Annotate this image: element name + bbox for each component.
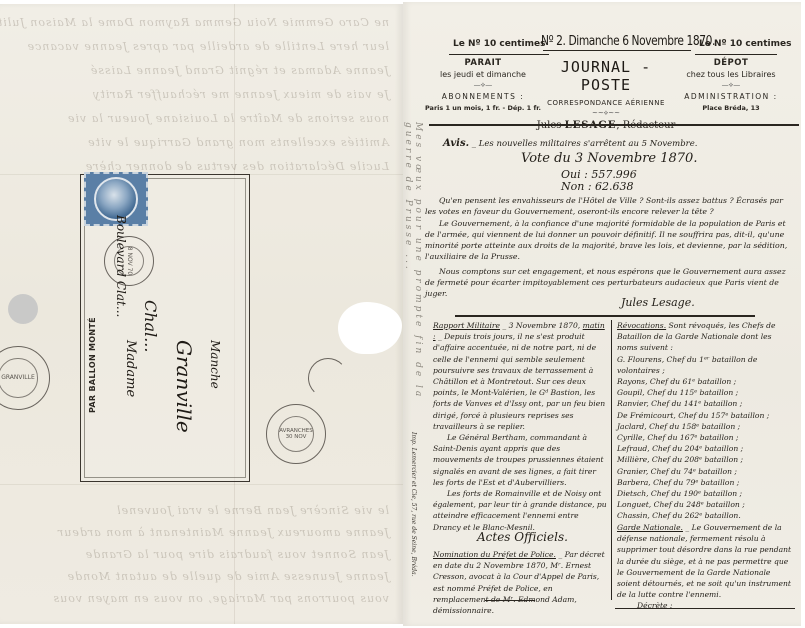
revocations: Révocations. Sont révoqués, les Chefs de… [617, 320, 793, 522]
revocation-item: Dietsch, Chef du 190ᵉ bataillon ; [617, 488, 793, 499]
address-line: Manche [208, 340, 222, 389]
actes-officiels-heading: Actes Officiels. [477, 530, 568, 544]
address-line: Boulevard Clat... [114, 215, 128, 317]
paper-tear [338, 302, 402, 354]
rule [615, 608, 795, 609]
journal-title: JOURNAL - POSTE [533, 58, 679, 94]
vote-heading: Vote du 3 Novembre 1870. [521, 151, 697, 166]
rule [695, 54, 777, 55]
revocation-item: Chassin, Chef du 262ᵉ bataillon. [617, 510, 793, 521]
journal-poste-sheet: Mes vœux pour une prompte fin de la guer… [403, 2, 801, 626]
handwritten-margin-note: Mes vœux pour une prompte fin de la guer… [409, 122, 423, 442]
section-rule [455, 315, 755, 317]
ornament: —⟡— [671, 81, 791, 90]
postmark-avranches: AVRANCHES 30 NOV [266, 404, 326, 464]
vote-non: Non : 62.638 [561, 181, 637, 193]
rule [485, 600, 535, 601]
masthead-rule [429, 124, 799, 126]
ornament: —⟡— [423, 81, 543, 90]
address-line: Granville [172, 340, 196, 433]
price-left: Le Nº 10 centimes [453, 39, 545, 49]
address-line: Madame [123, 340, 138, 397]
garde-nationale: Garde Nationale. _ Le Gouvernement de la… [617, 522, 793, 612]
parution-info: PARAIT les jeudi et dimanche —⟡— ABONNEM… [423, 58, 543, 112]
revocation-item: G. Flourens, Chef du 1ᵉʳ bataillon de vo… [617, 354, 793, 376]
rule [543, 50, 691, 51]
journal-subtitle: CORRESPONDANCE AÉRIENNE [533, 99, 679, 107]
vote-results: Oui : 557.996 Non : 62.638 [561, 169, 637, 193]
paragraph: Qu'en pensent les envahisseurs de l'Hôte… [425, 195, 791, 217]
address-line: Chal... [141, 300, 160, 352]
revocation-item: De Frémicourt, Chef du 157ᵉ bataillon ; [617, 410, 793, 421]
revocation-item: Goupil, Chef du 115ᵉ bataillon ; [617, 387, 793, 398]
revocation-item: Rayons, Chef du 61ᵉ bataillon ; [617, 376, 793, 387]
signature: Jules Lesage. [621, 296, 695, 309]
nomination-prefet: Nomination du Préfet de Police. _ Par dé… [433, 549, 607, 616]
paragraph: Nous comptons sur cet engagement, et nou… [425, 266, 791, 299]
price-right: Le Nº 10 centimes [699, 39, 791, 49]
column-divider [611, 320, 612, 600]
par-ballon-monte-label: PAR BALLON MONTÉ [88, 310, 102, 420]
revocation-item: Jaclard, Chef du 158ᵉ bataillon ; [617, 421, 793, 432]
avis-notice: Avis. _ Les nouvelles militaires s'arrêt… [443, 138, 697, 149]
revocation-item: Lefraud, Chef du 204ᵉ bataillon ; [617, 443, 793, 454]
fold-line [0, 484, 403, 485]
masthead: Le Nº 10 centimes Nº 2. Dimanche 6 Novem… [403, 2, 801, 130]
printer-imprint: Imp. Lemercier et Cie, 57, rue de Seine,… [405, 432, 417, 592]
rapport-militaire: Rapport Militaire _ 3 Novembre 1870, mat… [433, 320, 607, 533]
revocation-item: Cyrille, Chef du 167ᵉ bataillon ; [617, 432, 793, 443]
revocation-item: Millière, Chef du 208ᵉ bataillon ; [617, 454, 793, 465]
revocation-item: Ranvier, Chef du 141ᵉ bataillon ; [617, 398, 793, 409]
editor-line: Jules LESAGE, Rédacteur [533, 120, 679, 131]
issue-date: Nº 2. Dimanche 6 Novembre 1870. [541, 34, 715, 49]
postmark-departure: 8 NOV 70 [104, 236, 154, 286]
rule [449, 54, 549, 55]
depot-info: DÉPOT chez tous les Libraires —⟡— ADMINI… [671, 58, 791, 112]
ornament: ~~⟡~~ [533, 109, 679, 118]
postmark-partial [308, 358, 348, 398]
journal-title-block: JOURNAL - POSTE CORRESPONDANCE AÉRIENNE … [533, 58, 679, 131]
revocation-item: Barbera, Chef du 79ᵉ bataillon ; [617, 477, 793, 488]
revocation-item: Granier, Chef du 74ᵉ bataillon ; [617, 466, 793, 477]
stain [8, 294, 38, 324]
revocation-item: Longuet, Chef du 248ᵉ bataillon ; [617, 499, 793, 510]
paragraph: Le Gouvernement, à la confiance d'une ma… [425, 218, 791, 262]
